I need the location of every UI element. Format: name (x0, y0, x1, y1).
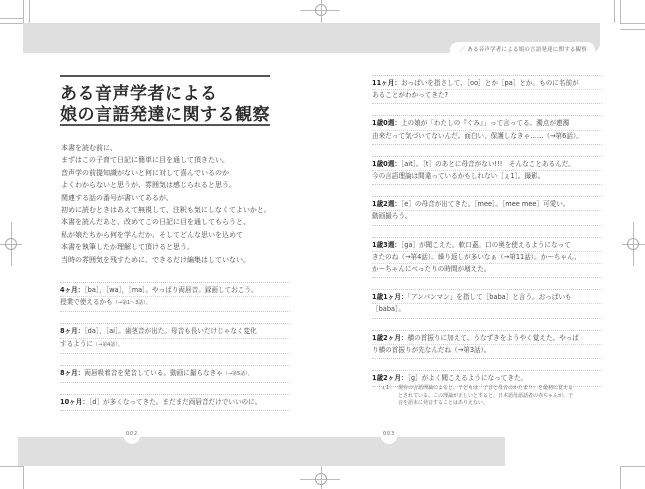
registration-mark (315, 473, 327, 485)
entry-text: ［ba］，［wa］，［ma］。やっぱり両唇音。録画しておこう。 (84, 286, 257, 294)
diary-entry: 8ヶ月：［da］，［ai］。歯茎音が出た。母音も長いだけじゃなく変化 するように… (60, 323, 290, 353)
crop-mark (29, 0, 30, 23)
diary-entries-right: 11ヶ月：おっぱいを指さして、［oo］とか［pa］とか。ものに名前が あることが… (372, 75, 602, 398)
entry-age: 1歳2週： (372, 200, 401, 208)
entry-text: 今の言語理論は間違っているかもしれない［ぇ1］。撮影。 (372, 172, 544, 180)
entry-age: 1歳2ヶ月： (372, 334, 408, 342)
entry-age: 10ヶ月： (60, 398, 89, 406)
entry-age: 1歳0週： (372, 119, 401, 127)
diary-entry: 1歳2週：［e］の母音が出てきた。［mee］。［mee mee］可愛い。 動画撮… (372, 196, 602, 225)
crop-mark (620, 0, 621, 23)
footnote-label: ［ぇ1］ (376, 385, 398, 408)
diary-entry: 8ヶ月：両唇吸着音を発音している。動画に撮らなきゃ（→第5話）。 (60, 365, 290, 383)
intro-line: 私が娘たちから何を学んだか、そしてどんな思いを込めて (61, 229, 291, 241)
entry-text: きたのね（→第4話）。繰り返しが多いなぁ（→第11話）。かーちゃん、 (372, 253, 581, 261)
diary-entries-left: 4ヶ月：［ba］，［wa］，［ma］。やっぱり両唇音。録画しておこう。 授業で使… (60, 282, 290, 422)
entry-text: 横の首振りに加えて、うなずきをようやく覚えた。やっぱ (408, 334, 579, 342)
intro-line: 音声学の前提知識がないと何に対して喜んでいるのか (61, 167, 291, 179)
entry-text: 上の娘が「わたしの『ぐみ』」って言ってる。濁点が連濁 (401, 119, 569, 127)
intro-line: 本書を読んだあと、改めてこの日記に目を通してもらうと、 (61, 216, 291, 228)
crop-mark (0, 18, 23, 19)
page-number-left: 002 (124, 428, 140, 444)
entry-text: かーちゃんにべったりの時間が増えた。 (372, 265, 490, 273)
diary-entry: 1歳3週：［ga］が聞こえた。軟口蓋。口の奥を使えるようになって きたのね（→第… (372, 237, 602, 279)
crop-mark (614, 0, 615, 23)
page-number-right: 003 (381, 428, 397, 444)
entry-text: ［d］が多くなってきた。まだまだ両唇音だけでいいのに。 (89, 398, 261, 406)
diary-entry: 4ヶ月：［ba］，［wa］，［ma］。やっぱり両唇音。録画しておこう。 授業で使… (60, 282, 290, 312)
footnote-line: 音を語末に発音することはありえない。 (398, 400, 573, 408)
header-band-left (23, 23, 300, 53)
title-rule-bottom (60, 124, 270, 126)
footnote-line: とされている。この理論が正しいとすると、日本語母語話者の赤ちゃんが、子 (398, 393, 573, 401)
footer-band (18, 437, 505, 466)
entry-text: り横の首振りが先なんだね（→第3話）。 (372, 346, 491, 354)
entry-text: するように (60, 340, 93, 348)
intro-line: 当時の雰囲気を残すために、できるだけ編集はしていない。 (61, 254, 291, 266)
entry-age: 4ヶ月： (60, 286, 84, 294)
entry-text: あることがわかってきた? (372, 91, 448, 99)
crop-mark (23, 0, 24, 23)
registration-mark (627, 238, 639, 250)
entry-text: おっぱいを指さして、［oo］とか［pa］とか。ものに名前が (401, 79, 579, 87)
slash-icon: ／ (460, 47, 466, 53)
title-line: 娘の言語発達に関する観察 (60, 105, 280, 126)
intro-line: よくわからないと思うが、雰囲気は感じられると思う。 (61, 179, 291, 191)
page-title: ある音声学者による 娘の言語発達に関する観察 (60, 84, 280, 126)
diary-entry: 1歳2ヶ月：横の首振りに加えて、うなずきをようやく覚えた。やっぱ り横の首振りが… (372, 330, 602, 359)
diary-entry: 11ヶ月：おっぱいを指さして、［oo］とか［pa］とか。ものに名前が あることが… (372, 75, 602, 104)
registration-mark (5, 238, 17, 250)
entry-age: 11ヶ月： (372, 79, 401, 87)
footnote-line: 現在の言語理論によると、子どもは「子音と母音のかたまり」を最初に覚える (398, 385, 573, 393)
entry-text: ［g］がよく聞こえるようになってきた。 (408, 374, 528, 382)
intro-line: 関連する話の番号が書いてあるが、 (61, 192, 291, 204)
intro-line: 本書を執筆したか理解して頂けると思う。 (61, 241, 291, 253)
registration-mark (315, 4, 327, 16)
running-head: ／ある音声学者による娘の言語発達に関する観察 (450, 42, 595, 55)
entry-age: 1歳0週： (372, 160, 401, 168)
footnote: ［ぇ1］ 現在の言語理論によると、子どもは「子音と母音のかたまり」を最初に覚える… (376, 385, 606, 408)
book-spread: ／ある音声学者による娘の言語発達に関する観察 ある音声学者による 娘の言語発達に… (0, 0, 645, 489)
diary-entry: 1歳1ヶ月：「アンパンマン」を指して［baba］と言う。おっぱいも ［baba］… (372, 289, 602, 318)
diary-entry: 10ヶ月：［d］が多くなってきた。まだまだ両唇音だけでいいのに。 (60, 394, 290, 411)
entry-age: 8ヶ月： (60, 327, 84, 335)
intro-line: 初めに読むときはあえて無視して、注釈も気にしなくてよいかと。 (61, 204, 291, 216)
running-head-text: ある音声学者による娘の言語発達に関する観察 (467, 47, 587, 53)
entry-text: ［e］の母音が出てきた。［mee］。［mee mee］可愛い。 (401, 200, 569, 208)
entry-ref: （→第1〜3話）。 (113, 300, 151, 306)
entry-text: ［da］，［ai］。歯茎音が出た。母音も長いだけじゃなく変化 (84, 327, 256, 335)
title-rule-top (60, 75, 270, 77)
diary-entry: 1歳0週：上の娘が「わたしの『ぐみ』」って言ってる。濁点が連濁 由来だって気づい… (372, 115, 602, 144)
entry-text: 授業で使えるかも (60, 298, 113, 306)
crop-mark (0, 466, 23, 467)
diary-entry: 1歳0週：［ait］。［t］のあとに母音がない!!! そんなことあるんだ。 今の… (372, 156, 602, 185)
intro-line: 本書を読む前に、 (61, 142, 291, 154)
crop-mark (23, 466, 24, 489)
title-line: ある音声学者による (60, 84, 280, 105)
crop-mark (620, 29, 645, 30)
entry-ref: （→第5話）。 (223, 371, 253, 377)
intro-line: まずはこの子育て日記に簡単に目を通して頂きたい。 (61, 154, 291, 166)
crop-mark (620, 466, 645, 467)
intro-paragraph: 本書を読む前に、 まずはこの子育て日記に簡単に目を通して頂きたい。 音声学の前提… (61, 142, 291, 266)
crop-mark (620, 23, 645, 24)
entry-text: ［baba］。 (372, 305, 405, 313)
entry-age: 1歳1ヶ月： (372, 293, 408, 301)
entry-text: 動画撮ろう。 (372, 212, 412, 220)
entry-age: 8ヶ月： (60, 369, 84, 377)
entry-age: 1歳3週： (372, 241, 401, 249)
entry-text: 「アンパンマン」を指して［baba］と言う。おっぱいも (408, 293, 572, 301)
entry-text: ［ait］。［t］のあとに母音がない!!! そんなことあるんだ。 (401, 160, 575, 168)
entry-ref: （→第4話）。 (93, 342, 123, 348)
entry-text: 由来だって気づいてないんだ。面白い、保護しなきゃ……（→第6話）。 (372, 132, 583, 140)
entry-text: ［ga］が聞こえた。軟口蓋。口の奥を使えるようになって (401, 241, 571, 249)
entry-text: 両唇吸着音を発音している。動画に撮らなきゃ (84, 369, 222, 377)
crop-mark (620, 466, 621, 489)
entry-age: 1歳2ヶ月： (372, 374, 408, 382)
crop-mark (0, 23, 23, 24)
